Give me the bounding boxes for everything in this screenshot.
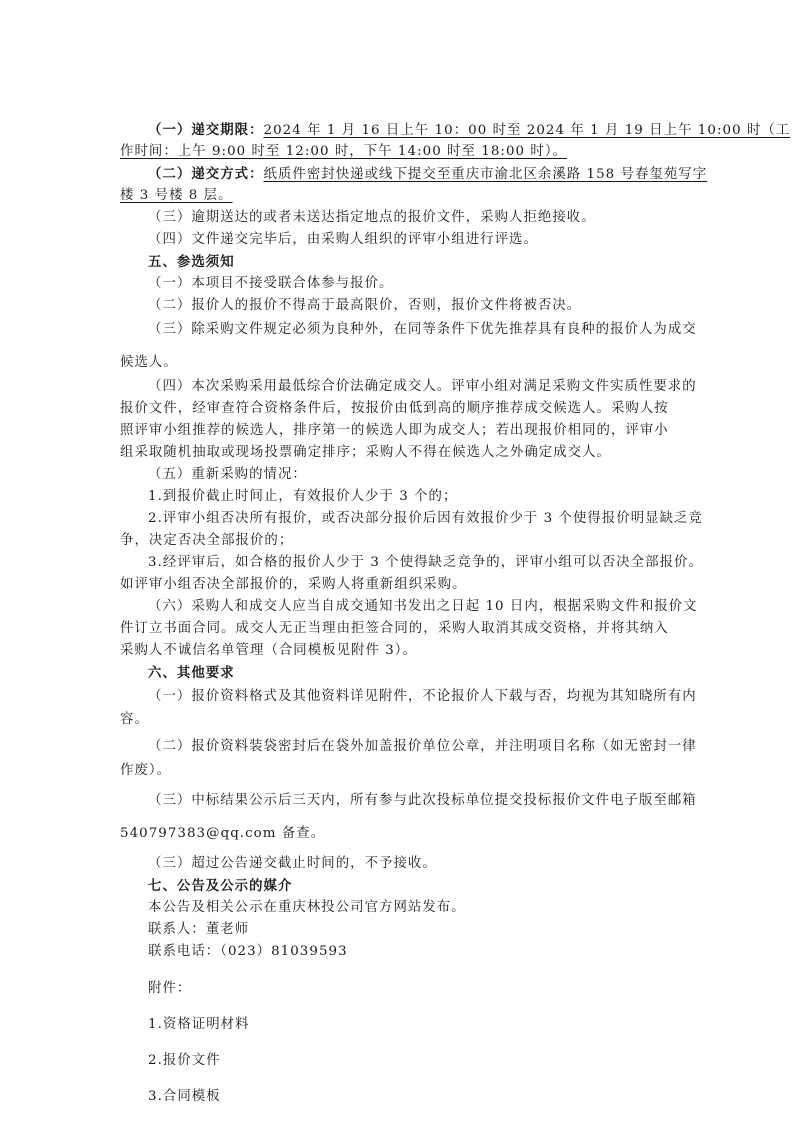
section6-item2-line1: （二）报价资料装袋密封后在袋外加盖报价单位公章，并注明项目名称（如无密封一律 [148,736,685,758]
contact-email[interactable]: 540797383@qq.com [120,826,277,841]
attachments-title: 附件： [148,978,685,1000]
section5-item5-sub1: 1.到报价截止时间止，有效报价人少于 3 个的； [148,486,685,508]
submission-method-line2: 楼 3 号楼 8 层。 [120,185,685,207]
attachment-item-1: 1.资格证明材料 [148,1014,685,1036]
section5-item4-line3: 照评审小组推荐的候选人，排序第一的候选人即为成交人；若出现报价相同的，评审小 [120,420,685,442]
section6-item3-line1: （三）中标结果公示后三天内，所有参与此次投标单位提交投标报价文件电子版至邮箱 [148,790,685,812]
section5-item5-title: （五）重新采购的情况： [148,464,685,486]
section6-item3-line2: 540797383@qq.com 备查。 [120,823,685,845]
submission-deadline-line2: 作时间：上午 9:00 时至 12:00 时，下午 14:00 时至 18:00… [120,141,685,163]
section6-item2-line2: 作废）。 [120,760,685,782]
attachment-item-2: 2.报价文件 [148,1050,685,1072]
section7-heading: 七、公告及公示的媒介 [148,875,713,897]
section6-item1-line1: （一）报价资料格式及其他资料详见附件，不论报价人下载与否，均视为其知晓所有内 [148,686,685,708]
late-submission-rule: （三）逾期送达的或者未送达指定地点的报价文件，采购人拒绝接收。 [148,207,685,229]
submission-deadline-label: （一）递交期限： [148,122,264,138]
section5-item4-line1: （四）本次采购采用最低综合价法确定成交人。评审小组对满足采购文件实质性要求的 [148,376,685,398]
submission-deadline-line1: （一）递交期限：2024 年 1 月 16 日上午 10：00 时至 2024 … [148,119,685,142]
section5-item6-line2: 件订立书面合同。成交人无正当理由拒签合同的，采购人取消其成交资格，并将其纳入 [120,618,685,640]
section5-item4-line4: 组采取随机抽取或现场投票确定排序；采购人不得在候选人之外确定成交人。 [120,442,685,464]
contact-phone: 联系电话：（023）81039593 [148,941,685,963]
section5-item3-line2: 候选人。 [120,352,685,374]
section6-item3-suffix: 备查。 [277,826,326,841]
evaluation-rule: （四）文件递交完毕后，由采购人组织的评审小组进行评选。 [148,229,685,251]
section5-item5-sub3-line2: 如评审小组否决全部报价的，采购人将重新组织采购。 [120,574,685,596]
section5-item5-sub2-line2: 争，决定否决全部报价的； [120,530,685,552]
submission-method-label: （二）递交方式： [148,166,264,182]
contact-person: 联系人：董老师 [148,919,685,941]
section6-heading: 六、其他要求 [148,662,713,684]
section5-item6-line1: （六）采购人和成交人应当自成交通知书发出之日起 10 日内，根据采购文件和报价文 [148,596,685,618]
section6-item4: （三）超过公告递交截止时间的，不予接收。 [148,853,685,875]
submission-method-line1: （二）递交方式：纸质件密封快递或线下提交至重庆市渝北区余溪路 158 号春玺苑写… [148,163,685,186]
section5-item4-line2: 报价文件，经审查符合资格条件后，按报价由低到高的顺序推荐成交候选人。采购人按 [120,398,685,420]
section5-item1: （一）本项目不接受联合体参与报价。 [148,273,685,295]
section6-item1-line2: 容。 [120,709,685,731]
section5-item2: （二）报价人的报价不得高于最高限价，否则，报价文件将被否决。 [148,295,685,317]
section5-item5-sub3-line1: 3.经评审后，如合格的报价人少于 3 个使得缺乏竞争的，评审小组可以否决全部报价… [148,552,685,574]
section5-item5-sub2-line1: 2.评审小组否决所有报价，或否决部分报价后因有效报价少于 3 个使得报价明显缺乏… [148,508,685,530]
section5-item6-line3: 采购人不诚信名单管理（合同模板见附件 3）。 [120,640,685,662]
submission-method-text: 纸质件密封快递或线下提交至重庆市渝北区余溪路 158 号春玺苑写字 [264,167,708,182]
submission-deadline-text: 2024 年 1 月 16 日上午 10：00 时至 2024 年 1 月 19… [264,123,791,138]
section7-publish-info: 本公告及相关公示在重庆林投公司官方网站发布。 [148,897,685,919]
attachment-item-3: 3.合同模板 [148,1086,685,1108]
section5-item3-line1: （三）除采购文件规定必须为良种外，在同等条件下优先推荐具有良种的报价人为成交 [148,319,685,341]
section5-heading: 五、参选须知 [148,251,713,273]
document-page: （一）递交期限：2024 年 1 月 16 日上午 10：00 时至 2024 … [0,0,800,1132]
